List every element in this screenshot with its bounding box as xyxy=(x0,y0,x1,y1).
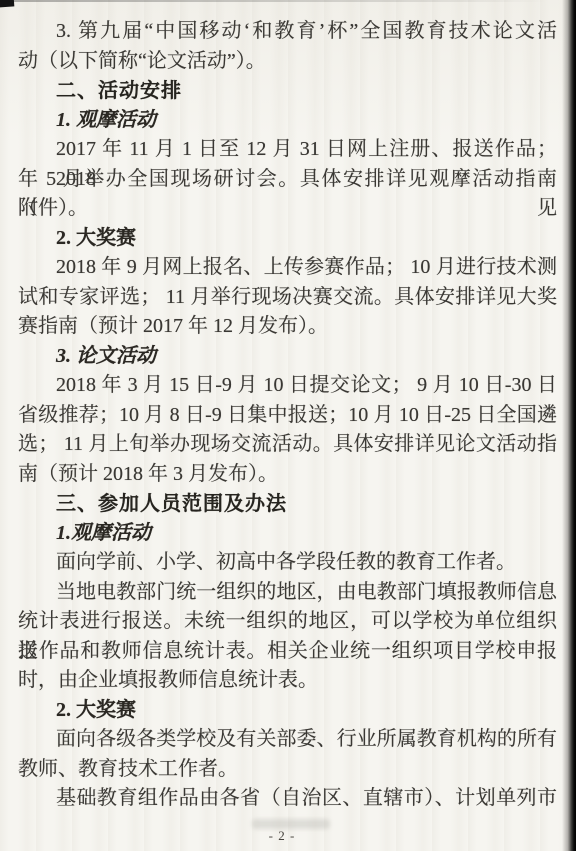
text-line: 试和专家评选； 11 月举行现场决赛交流。具体安排详见大奖 xyxy=(18,283,557,313)
page-number: - 2 - xyxy=(0,828,570,844)
document-body: 3. 第九届“中国移动‘和教育’杯”全国教育技术论文活 动（以下简称“论文活动”… xyxy=(0,0,576,851)
text-line: 统计表进行报送。未统一组织的地区，可以学校为单位组织报 xyxy=(18,607,557,637)
text-line: 当地电教部门统一组织的地区，由电教部门填报教师信息 xyxy=(18,578,557,608)
text-line: 2017 年 11 月 1 日至 12 月 31 日网上注册、报送作品；2018 xyxy=(18,135,557,165)
text-line: 赛指南（预计 2017 年 12 月发布）。 xyxy=(18,312,557,342)
subsection-heading: 2. 大奖赛 xyxy=(18,224,557,254)
text-line: 2018 年 9 月网上报名、上传参赛作品； 10 月进行技术测 xyxy=(18,253,557,283)
subsection-heading: 1.观摩活动 xyxy=(18,519,557,549)
text-line: 送作品和教师信息统计表。相关企业统一组织项目学校申报 xyxy=(18,637,557,667)
subsection-heading: 2. 大奖赛 xyxy=(18,696,557,726)
text-line: 省级推荐；10 月 8 日-9 日集中报送；10 月 10 日-25 日全国遴 xyxy=(18,401,557,431)
text-line: 年 5 月举办全国现场研讨会。具体安排详见观摩活动指南（见 xyxy=(18,165,557,195)
text-line: 面向学前、小学、初高中各学段任教的教育工作者。 xyxy=(18,548,557,578)
text-line: 面向各级各类学校及有关部委、行业所属教育机构的所有 xyxy=(18,725,557,755)
text-line: 教师、教育技术工作者。 xyxy=(18,755,557,785)
text-line: 2018 年 3 月 15 日-9 月 10 日提交论文； 9 月 10 日-3… xyxy=(18,371,557,401)
section-heading: 二、活动安排 xyxy=(18,76,557,106)
text-line: 南（预计 2018 年 3 月发布）。 xyxy=(18,460,557,490)
text-line: 选； 11 月上旬举办现场交流活动。具体安排详见论文活动指 xyxy=(18,430,557,460)
text-line: 基础教育组作品由各省（自治区、直辖市）、计划单列市 xyxy=(18,784,557,814)
scanned-document-page: { "doc": { "lines": [ "3. 第九届“中国移动‘和教育’杯… xyxy=(0,0,576,851)
text-line: 3. 第九届“中国移动‘和教育’杯”全国教育技术论文活 xyxy=(18,17,557,47)
subsection-heading: 1. 观摩活动 xyxy=(18,106,557,136)
section-heading: 三、参加人员范围及办法 xyxy=(18,489,557,519)
text-line: 动（以下简称“论文活动”）。 xyxy=(18,47,557,77)
subsection-heading: 3. 论文活动 xyxy=(18,342,557,372)
scan-edge-shadow xyxy=(562,0,576,851)
text-line: 时，由企业填报教师信息统计表。 xyxy=(18,666,557,696)
